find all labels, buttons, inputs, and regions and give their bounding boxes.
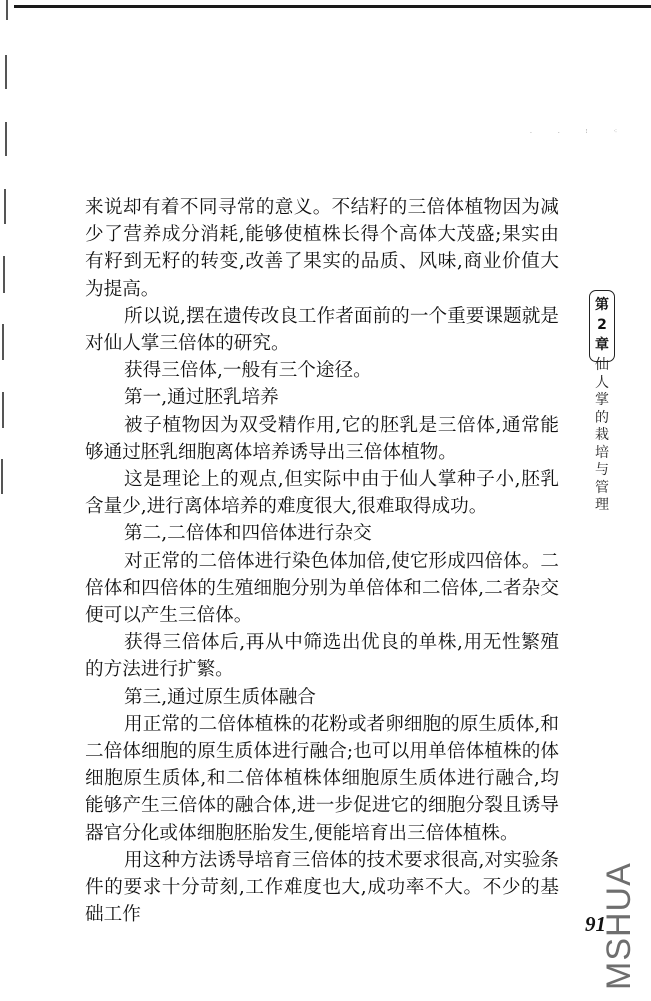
scan-speckles: . . ⁝ ⁖ bbox=[530, 128, 629, 136]
chapter-tab-char: 第 bbox=[590, 295, 614, 315]
chapter-running-title: 仙 人 掌 的 栽 培 与 管 理 bbox=[592, 357, 612, 515]
chapter-title-char: 管 bbox=[592, 480, 612, 498]
paragraph: 用这种方法诱导培育三倍体的技术要求很高,对实验条件的要求十分苛刻,工作难度也大,… bbox=[85, 847, 559, 929]
chapter-title-char: 栽 bbox=[592, 427, 612, 445]
left-margin-line bbox=[2, 324, 4, 360]
paragraph: 获得三倍体,一般有三个途径。 bbox=[85, 357, 559, 384]
paragraph: 所以说,摆在遗传改良工作者面前的一个重要课题就是对仙人掌三倍体的研究。 bbox=[85, 303, 559, 357]
left-margin-line bbox=[4, 189, 6, 224]
left-margin-line bbox=[5, 122, 7, 156]
body-text: 来说却有着不同寻常的意义。不结籽的三倍体植物因为减少了营养成分消耗,能够使植株长… bbox=[85, 194, 559, 928]
chapter-title-char: 的 bbox=[592, 410, 612, 428]
paragraph: 获得三倍体后,再从中筛选出优良的单株,用无性繁殖的方法进行扩繁。 bbox=[85, 629, 559, 683]
section-heading-second-method: 第二,二倍体和四倍体进行杂交 bbox=[85, 520, 559, 547]
chapter-title-char: 仙 bbox=[592, 357, 612, 375]
section-heading-third-method: 第三,通过原生质体融合 bbox=[85, 684, 559, 711]
watermark: MSHUA bbox=[600, 862, 639, 990]
section-heading-first-method: 第一,通过胚乳培养 bbox=[85, 384, 559, 411]
paragraph: 对正常的二倍体进行染色体加倍,使它形成四倍体。二倍体和四倍体的生殖细胞分别为单倍… bbox=[85, 548, 559, 630]
chapter-tab-char: 章 bbox=[590, 335, 614, 355]
left-margin-line bbox=[5, 55, 7, 89]
paragraph: 这是理论上的观点,但实际中由于仙人掌种子小,胚乳含量少,进行离体培养的难度很大,… bbox=[85, 466, 559, 520]
left-margin-line bbox=[2, 392, 4, 428]
left-margin-line bbox=[3, 256, 5, 293]
chapter-tab-label: 第 2 章 bbox=[589, 290, 615, 362]
chapter-title-char: 与 bbox=[592, 462, 612, 480]
paragraph: 被子植物因为双受精作用,它的胚乳是三倍体,通常能够通过胚乳细胞离体培养诱导出三倍… bbox=[85, 412, 559, 466]
chapter-title-char: 人 bbox=[592, 375, 612, 393]
chapter-title-char: 掌 bbox=[592, 392, 612, 410]
chapter-tab-char: 2 bbox=[590, 315, 614, 335]
left-margin-line bbox=[1, 459, 3, 494]
paragraph-continuation: 来说却有着不同寻常的意义。不结籽的三倍体植物因为减少了营养成分消耗,能够使植株长… bbox=[85, 194, 559, 303]
chapter-title-char: 理 bbox=[592, 497, 612, 515]
paragraph: 用正常的二倍体植株的花粉或者卵细胞的原生质体,和二倍体细胞的原生质体进行融合;也… bbox=[85, 711, 559, 847]
chapter-title-char: 培 bbox=[592, 445, 612, 463]
top-border-rule bbox=[14, 5, 651, 8]
left-margin-line bbox=[6, 0, 8, 20]
